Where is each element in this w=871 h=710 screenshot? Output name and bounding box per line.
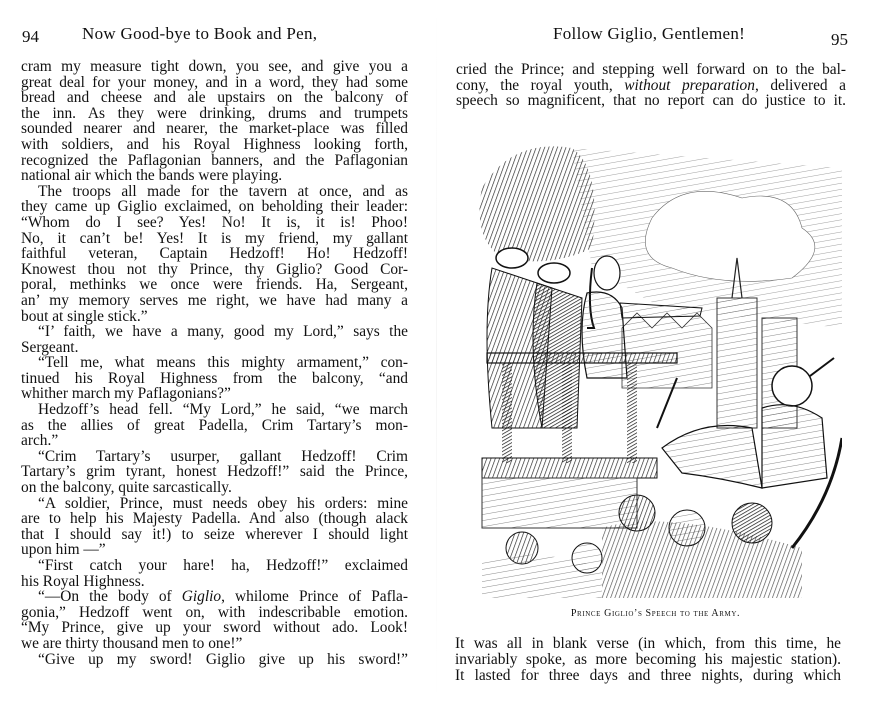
text-line: Hedzoff’s head fell. “My Lord,” he said,… [21,402,408,418]
text-line: Sergeant. [21,340,408,356]
text-line: invariably spoke, as more becoming his m… [455,652,841,668]
right-body-text-after-illustration: It was all in blank verse (in which, fro… [455,636,841,684]
text-line: gonia,” Hedzoff went on, with indescriba… [21,605,408,621]
text-line: on the balcony, quite sarcastically. [21,480,408,496]
engraving-illustration [462,128,842,598]
italic-emphasis: without preparation [624,77,755,94]
text-line: poral, methinks we once were friends. Ha… [21,277,408,293]
text-line: as the allies of great Padella, Crim Tar… [21,418,408,434]
text-line: Knowest thou not thy Prince, thy Giglio?… [21,262,408,278]
text-line: cony, the royal youth, without preparati… [456,78,846,94]
text-line: with soldiers, and his Royal Highness lo… [21,137,408,153]
text-line: sounded nearer and nearer, the market-pl… [21,121,408,137]
text-line: “A soldier, Prince, must needs obey his … [21,496,408,512]
text-line: “My Prince, give up your sword without a… [21,620,408,636]
text-line: No, it can’t be! Yes! It is my friend, m… [21,231,408,247]
text-line: we are thirty thousand men to one!” [21,636,408,652]
text-line: bout at single stick.” [21,309,408,325]
text-line: they came up Giglio exclaimed, on behold… [21,199,408,215]
text-line: Tartary’s grim tyrant, honest Hedzoff!” … [21,464,408,480]
text-line: It lasted for three days and three night… [455,668,841,684]
text-line: upon him —” [21,542,408,558]
text-line: arch.” [21,433,408,449]
text-line: “—On the body of Giglio, whilome Prince … [21,589,408,605]
text-line: his Royal Highness. [21,574,408,590]
text-line: “Crim Tartary’s usurper, gallant Hedzoff… [21,449,408,465]
text-line: faithful veteran, Captain Hedzoff! Ho! H… [21,246,408,262]
text-line: whither march my Paflagonians?” [21,386,408,402]
running-head-left: Now Good-bye to Book and Pen, [82,24,317,44]
text-line: “Tell me, what means this mighty armamen… [21,355,408,371]
text-line: are to help his Majesty Padella. And als… [21,511,408,527]
text-line: cram my measure tight down, you see, and… [21,59,408,75]
left-page: 94 Now Good-bye to Book and Pen, cram my… [0,0,440,710]
text-line: speech so magnificent, that no report ca… [456,93,846,109]
running-head-right: Follow Giglio, Gentlemen! [553,24,745,44]
text-line: national air which the bands were playin… [21,168,408,184]
text-line: It was all in blank verse (in which, fro… [455,636,841,652]
illustration-caption: Prince Giglio’s Speech to the Army. [440,608,871,619]
italic-emphasis: Giglio [182,588,221,605]
text-line: that I should say it!) to seize wherever… [21,527,408,543]
text-line: The troops all made for the tavern at on… [21,184,408,200]
text-line: an’ my memory serves me right, we have h… [21,293,408,309]
left-body-text: cram my measure tight down, you see, and… [21,59,408,667]
text-line: “I’ faith, we have a many, good my Lord,… [21,324,408,340]
text-line: tinued his Royal Highness from the balco… [21,371,408,387]
text-line: “Give up my sword! Giglio give up his sw… [21,652,408,668]
text-line: bread and cheese and ale upstairs on the… [21,90,408,106]
text-line: recognized the Paflagonian banners, and … [21,153,408,169]
text-line: “First catch your hare! ha, Hedzoff!” ex… [21,558,408,574]
text-line: “Whom do I see? Yes! No! It is, it is! P… [21,215,408,231]
page-number-left: 94 [22,27,39,47]
text-line: cried the Prince; and stepping well forw… [456,62,846,78]
balcony-speech-engraving-icon [462,128,842,598]
page-number-right: 95 [831,30,848,50]
text-line: the inn. As they were drinking, drums an… [21,106,408,122]
text-line: great deal for your money, and in a word… [21,75,408,91]
right-body-text: cried the Prince; and stepping well forw… [456,62,846,109]
